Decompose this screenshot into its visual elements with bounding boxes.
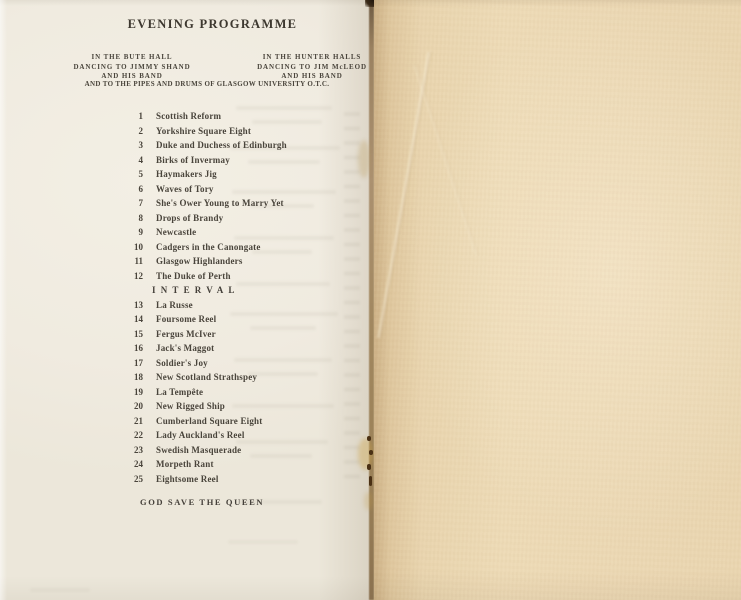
- interval-label: INTERVAL: [152, 283, 351, 298]
- list-item: 13 La Russe: [131, 298, 351, 313]
- dance-list-first-half: 1 Scottish Reform 2 Yorkshire Square Eig…: [131, 109, 351, 283]
- list-item: 5 Haymakers Jig: [131, 167, 351, 182]
- dance-title: Lady Auckland's Reel: [156, 430, 245, 440]
- dance-title: The Duke of Perth: [156, 271, 231, 281]
- dance-number: 10: [131, 242, 143, 252]
- dance-title: Newcastle: [156, 227, 196, 237]
- blank-facing-page: [374, 0, 741, 600]
- list-item: 11 Glasgow Highlanders: [131, 254, 351, 269]
- dance-number: 1: [131, 111, 143, 121]
- dance-title: La Tempête: [156, 387, 203, 397]
- dance-number: 15: [131, 329, 143, 339]
- list-item: 8 Drops of Brandy: [131, 211, 351, 226]
- list-item: 17 Soldier's Joy: [131, 356, 351, 371]
- dance-number: 5: [131, 169, 143, 179]
- list-item: 2 Yorkshire Square Eight: [131, 124, 351, 139]
- dance-title: Fergus McIver: [156, 329, 216, 339]
- binding-stitch: [367, 464, 371, 470]
- dance-title: La Russe: [156, 300, 193, 310]
- dance-title: New Scotland Strathspey: [156, 372, 257, 382]
- page-title: EVENING PROGRAMME: [90, 17, 335, 32]
- list-item: 6 Waves of Tory: [131, 182, 351, 197]
- dance-title: Morpeth Rant: [156, 459, 214, 469]
- list-item: 20 New Rigged Ship: [131, 399, 351, 414]
- dance-title: Soldier's Joy: [156, 358, 208, 368]
- dance-number: 24: [131, 459, 143, 469]
- dance-number: 16: [131, 343, 143, 353]
- dance-title: Yorkshire Square Eight: [156, 126, 251, 136]
- list-item: 12 The Duke of Perth: [131, 269, 351, 284]
- list-item: 22 Lady Auckland's Reel: [131, 428, 351, 443]
- list-item: 19 La Tempête: [131, 385, 351, 400]
- list-item: 21 Cumberland Square Eight: [131, 414, 351, 429]
- venue-right-block: IN THE HUNTER HALLS DANCING TO JIM McLEO…: [232, 53, 392, 82]
- binding-stitch: [367, 436, 371, 441]
- dance-title: Drops of Brandy: [156, 213, 223, 223]
- dance-title: Haymakers Jig: [156, 169, 217, 179]
- dance-number: 11: [131, 256, 143, 266]
- dance-number: 20: [131, 401, 143, 411]
- fold-stain: [358, 140, 370, 178]
- dance-number: 8: [131, 213, 143, 223]
- fold-stain: [364, 492, 373, 510]
- list-item: 7 She's Ower Young to Marry Yet: [131, 196, 351, 211]
- dance-number: 13: [131, 300, 143, 310]
- venue-left-block: IN THE BUTE HALL DANCING TO JIMMY SHAND …: [52, 53, 212, 82]
- list-item: 16 Jack's Maggot: [131, 341, 351, 356]
- list-item: 1 Scottish Reform: [131, 109, 351, 124]
- dance-programme-list: 1 Scottish Reform 2 Yorkshire Square Eig…: [131, 109, 351, 507]
- dance-number: 7: [131, 198, 143, 208]
- venue-left-line: DANCING TO JIMMY SHAND: [52, 63, 212, 73]
- scanned-programme-booklet: EVENING PROGRAMME IN THE BUTE HALL DANCI…: [0, 0, 741, 600]
- dance-number: 2: [131, 126, 143, 136]
- dance-title: Eightsome Reel: [156, 474, 219, 484]
- dance-title: Cumberland Square Eight: [156, 416, 262, 426]
- dance-number: 4: [131, 155, 143, 165]
- dance-number: 25: [131, 474, 143, 484]
- dance-title: Scottish Reform: [156, 111, 221, 121]
- venue-right-line: DANCING TO JIM McLEOD: [232, 63, 392, 73]
- dance-title: Waves of Tory: [156, 184, 214, 194]
- list-item: 9 Newcastle: [131, 225, 351, 240]
- dance-title: Swedish Masquerade: [156, 445, 241, 455]
- binding-stitch: [369, 450, 373, 455]
- dance-number: 19: [131, 387, 143, 397]
- paper-grain: [374, 0, 741, 600]
- dance-title: Glasgow Highlanders: [156, 256, 243, 266]
- dance-title: Birks of Invermay: [156, 155, 230, 165]
- dance-number: 3: [131, 140, 143, 150]
- dance-number: 9: [131, 227, 143, 237]
- venue-right-line: IN THE HUNTER HALLS: [232, 53, 392, 63]
- dance-number: 17: [131, 358, 143, 368]
- list-item: 4 Birks of Invermay: [131, 153, 351, 168]
- list-item: 24 Morpeth Rant: [131, 457, 351, 472]
- dance-list-second-half: 13 La Russe 14 Foursome Reel 15 Fergus M…: [131, 298, 351, 487]
- dance-number: 6: [131, 184, 143, 194]
- list-item: 23 Swedish Masquerade: [131, 443, 351, 458]
- dance-number: 12: [131, 271, 143, 281]
- binding-stitch: [369, 476, 372, 486]
- dance-title: New Rigged Ship: [156, 401, 225, 411]
- dance-number: 14: [131, 314, 143, 324]
- list-item: 14 Foursome Reel: [131, 312, 351, 327]
- dance-number: 22: [131, 430, 143, 440]
- dance-title: She's Ower Young to Marry Yet: [156, 198, 284, 208]
- closing-line: GOD SAVE THE QUEEN: [140, 497, 351, 507]
- list-item: 10 Cadgers in the Canongate: [131, 240, 351, 255]
- venue-left-line: IN THE BUTE HALL: [52, 53, 212, 63]
- page-edge-highlight: [0, 0, 7, 600]
- dance-title: Jack's Maggot: [156, 343, 214, 353]
- list-item: 15 Fergus McIver: [131, 327, 351, 342]
- dance-number: 18: [131, 372, 143, 382]
- list-item: 3 Duke and Duchess of Edinburgh: [131, 138, 351, 153]
- programme-page: EVENING PROGRAMME IN THE BUTE HALL DANCI…: [0, 0, 370, 600]
- venue-footnote: AND TO THE PIPES AND DRUMS OF GLASGOW UN…: [66, 80, 348, 88]
- list-item: 25 Eightsome Reel: [131, 472, 351, 487]
- dance-title: Foursome Reel: [156, 314, 216, 324]
- list-item: 18 New Scotland Strathspey: [131, 370, 351, 385]
- dance-title: Cadgers in the Canongate: [156, 242, 261, 252]
- dance-title: Duke and Duchess of Edinburgh: [156, 140, 287, 150]
- dance-number: 23: [131, 445, 143, 455]
- dance-number: 21: [131, 416, 143, 426]
